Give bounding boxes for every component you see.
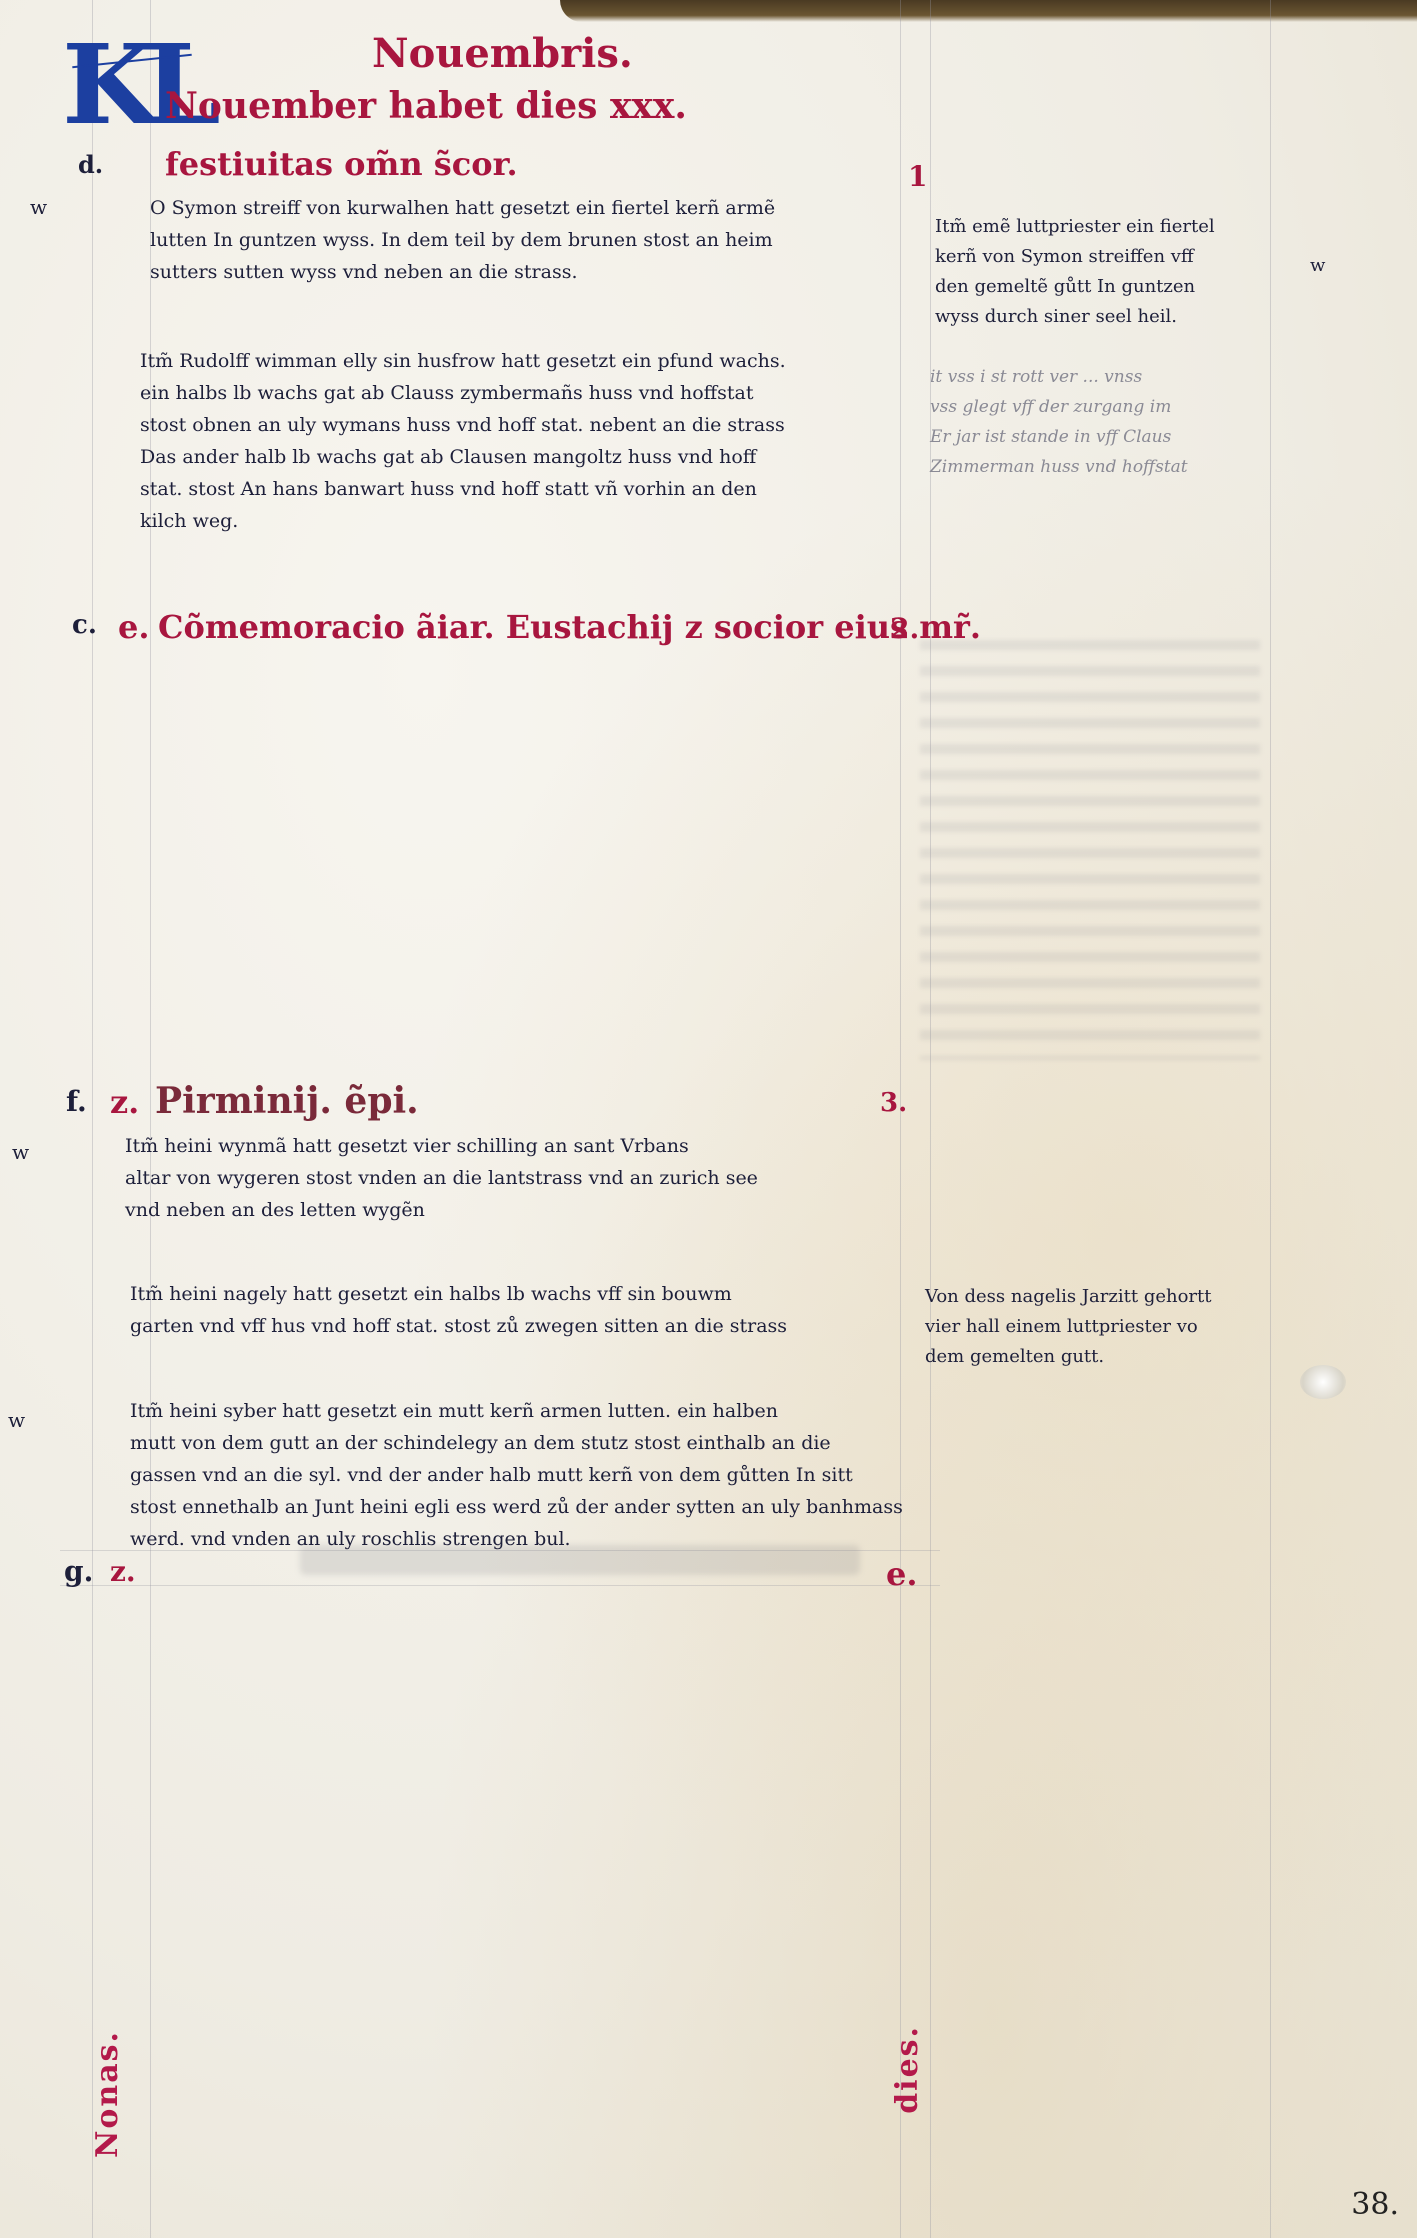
day-letter: f.: [66, 1085, 87, 1118]
ruling-line: [1270, 0, 1271, 2238]
ruling-line: [900, 0, 901, 2238]
folio-number: 38.: [1351, 2187, 1399, 2222]
golden-number: e.: [118, 608, 150, 646]
nonas-label: Nonas.: [90, 2030, 125, 2158]
ruling-line: [150, 0, 151, 2238]
ruling-line: [60, 1585, 940, 1586]
kl-initial: KL: [62, 30, 172, 150]
obit-entry: Itm̃ heini wynmã hatt gesetzt vier schi…: [125, 1130, 758, 1226]
side-note: Itm̃ emẽ luttpriester ein fiertel kerñ…: [935, 212, 1215, 332]
golden-number: z.: [110, 1555, 136, 1588]
golden-number: z.: [110, 1083, 139, 1121]
day-letter: c.: [72, 610, 97, 640]
day-number: 3.: [880, 1088, 907, 1118]
pencil-note: it vss i st rott ver ... vnss vss glegt …: [930, 362, 1188, 482]
obit-entry: Itm̃ heini nagely hatt gesetzt ein halbs…: [130, 1278, 787, 1342]
book-edge-shadow: [560, 0, 1417, 22]
margin-mark: w: [8, 1408, 25, 1432]
side-note: Von dess nagelis Jarzitt gehortt vier ha…: [925, 1282, 1212, 1372]
heading-line: Nouember habet dies xxx.: [165, 85, 687, 127]
margin-mark: w: [12, 1140, 29, 1164]
day-number: 1: [908, 160, 927, 193]
bleed-through-text: [920, 640, 1260, 1060]
manuscript-page: Nouembris. KL Nouember habet dies xxx. d…: [0, 0, 1417, 2238]
parchment-hole: [1300, 1365, 1346, 1399]
obit-entry: Itm̃ heini syber hatt gesetzt ein mutt k…: [130, 1395, 903, 1555]
margin-mark: w: [1310, 255, 1325, 276]
day-number: e.: [886, 1555, 918, 1593]
ruling-line: [930, 0, 931, 2238]
feast-heading: Cõmemoracio ãiar. Eustachij z socior e…: [158, 608, 981, 646]
obit-entry: Itm̃ Rudolff wimman elly sin husfrow hat…: [140, 345, 786, 537]
dies-label: dies.: [890, 2025, 925, 2114]
day-number: 2.: [890, 612, 919, 645]
obit-entry: O Symon streiff von kurwalhen hatt geset…: [150, 192, 775, 288]
ruling-line: [92, 0, 93, 2238]
day-letter: g.: [64, 1555, 93, 1588]
feast-all-saints: festiuitas om̃n s̃cor.: [165, 145, 518, 183]
day-letter: d.: [78, 150, 103, 179]
feast-heading: Pirminij. ẽpi.: [155, 1080, 419, 1122]
margin-mark: w: [30, 195, 47, 219]
month-title: Nouembris.: [372, 30, 633, 77]
